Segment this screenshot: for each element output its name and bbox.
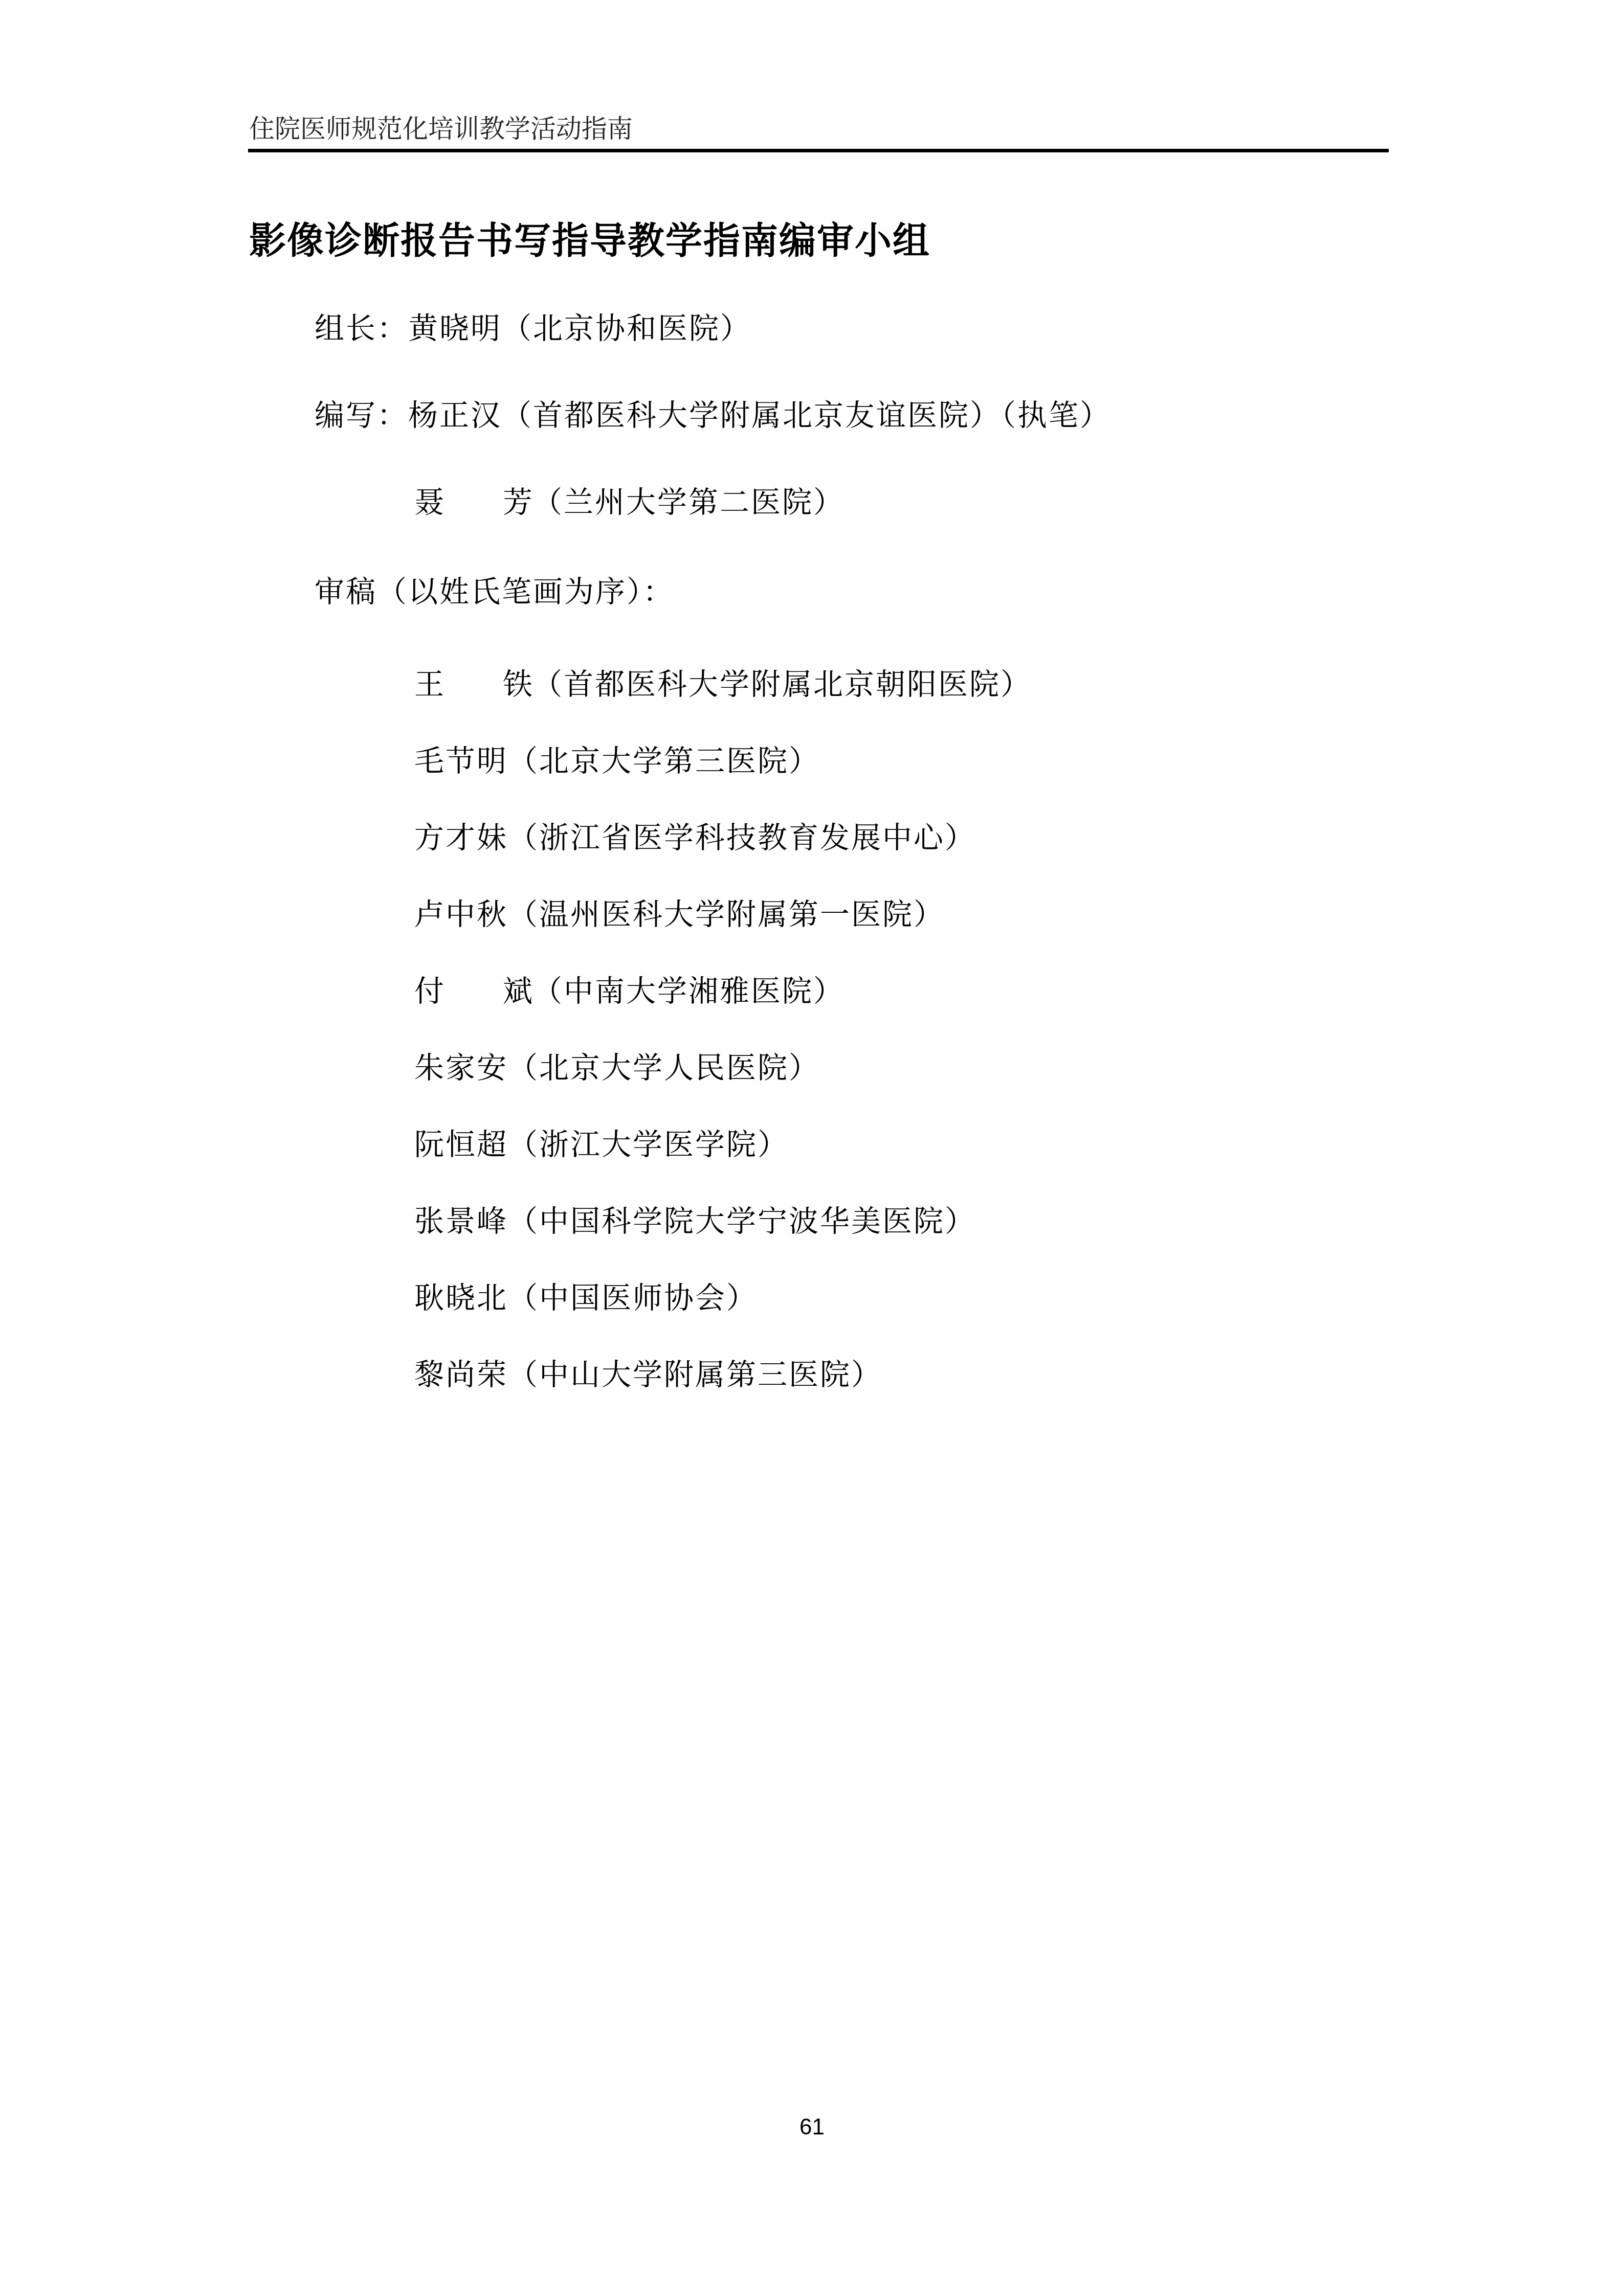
reviewer-affiliation: （中南大学湘雅医院） xyxy=(532,971,844,1011)
leader-name: 黄晓明 xyxy=(408,308,502,349)
writer-line: 编写：杨正汉（首都医科大学附属北京友谊医院）（执笔） xyxy=(315,395,1111,436)
reviewer-name: 王铁 xyxy=(414,664,532,705)
reviewer-line: 张景峰（中国科学院大学宁波华美医院） xyxy=(414,1201,976,1242)
reviewer-affiliation: （首都医科大学附属北京朝阳医院） xyxy=(532,664,1032,705)
leader-affiliation: （北京协和医院） xyxy=(502,308,751,349)
reviewers-heading: 审稿（以姓氏笔画为序）： xyxy=(315,571,674,612)
running-header: 住院医师规范化培训教学活动指南 xyxy=(249,114,633,144)
reviewers-label: 审稿（以姓氏笔画为序）： xyxy=(315,571,674,612)
reviewer-line: 阮恒超（浙江大学医学院） xyxy=(414,1124,789,1165)
writer-name: 聂芳 xyxy=(414,482,532,523)
leader-line: 组长：黄晓明（北京协和医院） xyxy=(315,308,751,349)
page-title: 影像诊断报告书写指导教学指南编审小组 xyxy=(249,215,930,266)
reviewer-affiliation: （中国科学院大学宁波华美医院） xyxy=(508,1201,976,1242)
reviewer-affiliation: （北京大学第三医院） xyxy=(508,740,820,781)
reviewer-line: 黎尚荣（中山大学附属第三医院） xyxy=(414,1354,882,1395)
reviewer-name: 付斌 xyxy=(414,971,532,1011)
name-given: 芳 xyxy=(503,485,532,520)
reviewer-name: 方才妹 xyxy=(414,817,508,858)
name-given: 铁 xyxy=(503,667,532,702)
reviewer-affiliation: （中国医师协会） xyxy=(508,1277,758,1318)
reviewer-name: 黎尚荣 xyxy=(414,1354,508,1395)
reviewer-name: 耿晓北 xyxy=(414,1277,508,1318)
reviewer-line: 方才妹（浙江省医学科技教育发展中心） xyxy=(414,817,976,858)
reviewer-name: 毛节明 xyxy=(414,740,508,781)
reviewer-affiliation: （北京大学人民医院） xyxy=(508,1047,820,1088)
reviewer-line: 毛节明（北京大学第三医院） xyxy=(414,740,820,781)
reviewer-line: 王铁（首都医科大学附属北京朝阳医院） xyxy=(414,664,1032,705)
name-surname: 付 xyxy=(414,974,444,1008)
writer-affiliation: （兰州大学第二医院） xyxy=(532,482,844,523)
name-surname: 聂 xyxy=(414,485,444,520)
reviewer-affiliation: （浙江大学医学院） xyxy=(508,1124,789,1165)
reviewer-line: 付斌（中南大学湘雅医院） xyxy=(414,971,844,1011)
reviewer-name: 卢中秋 xyxy=(414,894,508,935)
reviewer-name: 阮恒超 xyxy=(414,1124,508,1165)
name-given: 斌 xyxy=(503,974,532,1008)
writer-name: 杨正汉 xyxy=(408,395,502,436)
writer-line: 聂芳（兰州大学第二医院） xyxy=(414,482,844,523)
reviewer-line: 卢中秋（温州医科大学附属第一医院） xyxy=(414,894,945,935)
leader-label: 组长： xyxy=(315,308,408,349)
reviewer-affiliation: （浙江省医学科技教育发展中心） xyxy=(508,817,976,858)
reviewer-affiliation: （温州医科大学附属第一医院） xyxy=(508,894,945,935)
writers-label: 编写： xyxy=(315,395,408,436)
reviewer-line: 朱家安（北京大学人民医院） xyxy=(414,1047,820,1088)
name-surname: 王 xyxy=(414,667,444,702)
page-number: 61 xyxy=(0,2112,1624,2143)
header-divider xyxy=(248,149,1389,152)
reviewer-name: 张景峰 xyxy=(414,1201,508,1242)
reviewer-affiliation: （中山大学附属第三医院） xyxy=(508,1354,882,1395)
writer-affiliation: （首都医科大学附属北京友谊医院）（执笔） xyxy=(502,395,1111,436)
reviewer-name: 朱家安 xyxy=(414,1047,508,1088)
reviewer-line: 耿晓北（中国医师协会） xyxy=(414,1277,758,1318)
document-page: 住院医师规范化培训教学活动指南 影像诊断报告书写指导教学指南编审小组 组长：黄晓… xyxy=(0,0,1624,2296)
